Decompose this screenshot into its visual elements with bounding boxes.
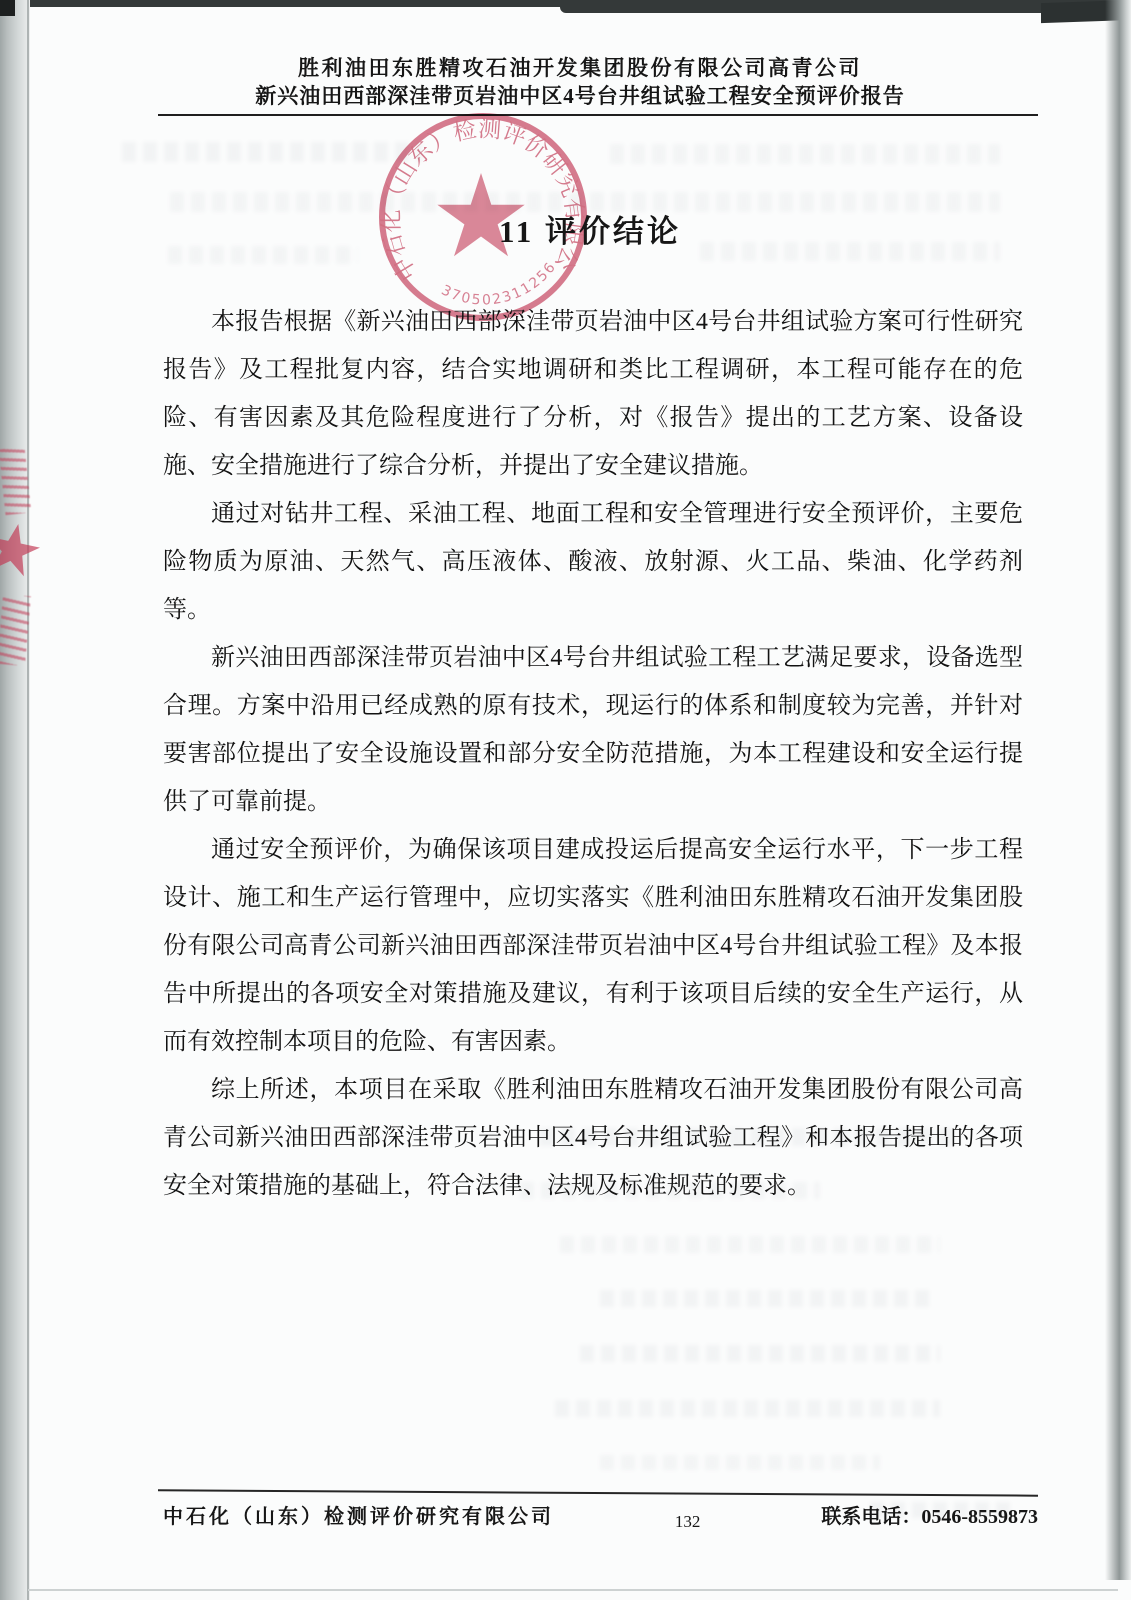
bleedthrough-smudge: [555, 1400, 940, 1417]
bleedthrough-smudge: [610, 144, 1000, 164]
scan-right-edge-shadow: [1105, 0, 1131, 1580]
page-header: 胜利油田东胜精攻石油开发集团股份有限公司高青公司 新兴油田西部深洼带页岩油中区4…: [100, 54, 1060, 110]
bleedthrough-smudge: [168, 246, 358, 264]
paragraph-process-adequacy: 新兴油田西部深洼带页岩油中区4号台井组试验工程工艺满足要求，设备选型合理。方案中…: [163, 634, 1023, 826]
header-company-line: 胜利油田东胜精攻石油开发集团股份有限公司高青公司: [100, 54, 1060, 82]
paragraph-hazard-substances: 通过对钻井工程、采油工程、地面工程和安全管理进行安全预评价，主要危险物质为原油、…: [163, 490, 1023, 634]
scanned-report-page: 胜利油田东胜精攻石油开发集团股份有限公司高青公司 新兴油田西部深洼带页岩油中区4…: [0, 0, 1131, 1600]
page-bottom-edge: [28, 1589, 1118, 1591]
paragraph-implementation: 通过安全预评价，为确保该项目建成投运后提高安全运行水平，下一步工程设计、施工和生…: [163, 826, 1023, 1066]
header-report-title-line: 新兴油田西部深洼带页岩油中区4号台井组试验工程安全预评价报告: [100, 82, 1060, 110]
footer-divider-line: [158, 1489, 1038, 1496]
report-body: 本报告根据《新兴油田西部深洼带页岩油中区4号台井组试验方案可行性研究报告》及工程…: [163, 298, 1023, 1210]
paragraph-final-conclusion: 综上所述，本项目在采取《胜利油田东胜精攻石油开发集团股份有限公司高青公司新兴油田…: [163, 1066, 1023, 1210]
footer-company: 中石化（山东）检测评价研究有限公司: [163, 1500, 554, 1529]
paragraph-conclusion-basis: 本报告根据《新兴油田西部深洼带页岩油中区4号台井组试验方案可行性研究报告》及工程…: [163, 298, 1023, 490]
bleedthrough-smudge: [600, 1455, 880, 1470]
spine-red-star: [0, 520, 42, 578]
scan-corner-mark: [0, 0, 15, 16]
page-footer: 中石化（山东）检测评价研究有限公司 132 联系电话：0546-8559873: [163, 1500, 1038, 1532]
book-spine-shadow: [0, 0, 30, 1600]
footer-page-number: 132: [554, 1500, 821, 1532]
page-edge-crease: [27, 0, 29, 1600]
bleedthrough-smudge: [560, 1236, 940, 1253]
header-divider-line: [158, 114, 1038, 116]
bleedthrough-smudge: [580, 1345, 940, 1362]
footer-contact-phone: 联系电话：0546-8559873: [821, 1500, 1038, 1529]
bleedthrough-smudge: [600, 1290, 930, 1307]
chapter-title: 11 评价结论: [380, 206, 800, 251]
